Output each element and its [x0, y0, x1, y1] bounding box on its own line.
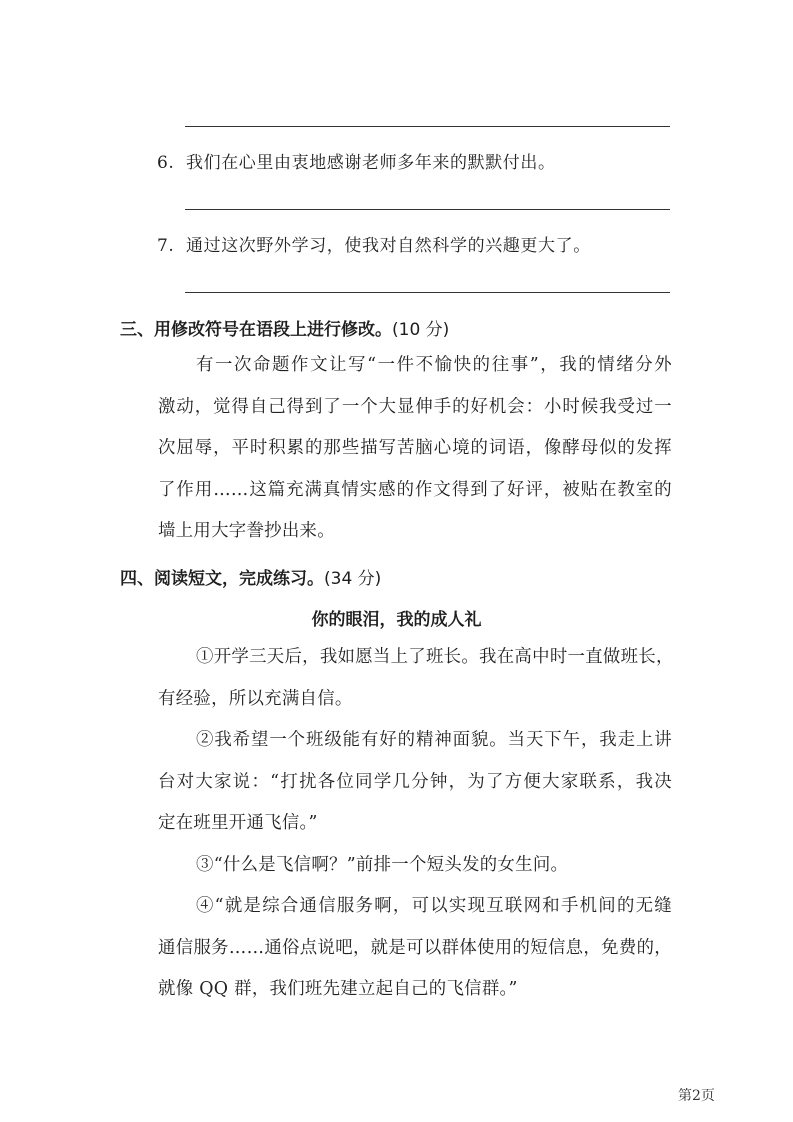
paragraph-line: 通信服务……通俗点说吧，就是可以群体使用的短信息，免费的，	[158, 928, 672, 970]
question-text: 我们在心里由衷地感谢老师多年来的默默付出。	[186, 153, 556, 173]
paragraph-line: 激动，觉得自己得到了一个大显伸手的好机会：小时候我受过一	[158, 387, 672, 429]
paragraph-line: 有经验，所以充满自信。	[158, 679, 672, 721]
question-number: 7.	[157, 236, 186, 256]
section-3-title: 三、用修改符号在语段上进行修改。	[120, 320, 392, 340]
paragraph-line: ③“什么是飞信啊？”前排一个短头发的女生问。	[158, 845, 672, 887]
answer-line-7[interactable]	[185, 292, 670, 293]
question-item-6: 6.我们在心里由衷地感谢老师多年来的默默付出。	[157, 148, 556, 173]
paragraph-line: 了作用……这篇充满真情实感的作文得到了好评，被贴在教室的	[158, 470, 672, 512]
question-item-7: 7.通过这次野外学习，使我对自然科学的兴趣更大了。	[157, 231, 591, 256]
paragraph-line: 次屈辱，平时积累的那些描写苦脑心境的词语，像酵母似的发挥	[158, 428, 672, 470]
paragraph-line: ②我希望一个班级能有好的精神面貌。当天下午，我走上讲	[158, 720, 672, 762]
section-4-heading: 四、阅读短文，完成练习。(34 分)	[120, 564, 381, 589]
paragraph-line: ①开学三天后，我如愿当上了班长。我在高中时一直做班长，	[158, 637, 672, 679]
paragraph-line: ④“就是综合通信服务啊，可以实现互联网和手机间的无缝	[158, 886, 672, 928]
answer-line-6[interactable]	[185, 209, 670, 210]
question-text: 通过这次野外学习，使我对自然科学的兴趣更大了。	[186, 236, 591, 256]
paragraph-line: 台对大家说：“打扰各位同学几分钟，为了方便大家联系，我决	[158, 762, 672, 804]
section-3-score: (10 分)	[392, 320, 449, 340]
paragraph-line: 有一次命题作文让写“一件不愉快的往事”，我的情绪分外	[158, 345, 672, 387]
paragraph-line: 定在班里开通飞信。”	[158, 803, 672, 845]
passage-paragraph-2: ②我希望一个班级能有好的精神面貌。当天下午，我走上讲 台对大家说：“打扰各位同学…	[158, 720, 672, 845]
paragraph-line: 就像 QQ 群，我们班先建立起自己的飞信群。”	[158, 969, 672, 1011]
section-4-title: 四、阅读短文，完成练习。	[120, 569, 324, 589]
passage-paragraph-4: ④“就是综合通信服务啊，可以实现互联网和手机间的无缝 通信服务……通俗点说吧，就…	[158, 886, 672, 1011]
section-4-score: (34 分)	[324, 569, 381, 589]
passage-paragraph-3: ③“什么是飞信啊？”前排一个短头发的女生问。	[158, 845, 672, 887]
page-number: 第2页	[678, 1085, 715, 1105]
section-3-paragraph: 有一次命题作文让写“一件不愉快的往事”，我的情绪分外 激动，觉得自己得到了一个大…	[158, 345, 672, 553]
section-3-heading: 三、用修改符号在语段上进行修改。(10 分)	[120, 315, 449, 340]
question-number: 6.	[157, 153, 186, 173]
passage-paragraph-1: ①开学三天后，我如愿当上了班长。我在高中时一直做班长， 有经验，所以充满自信。	[158, 637, 672, 720]
passage-title: 你的眼泪，我的成人礼	[0, 605, 793, 630]
paragraph-line: 墙上用大字誊抄出来。	[158, 511, 672, 553]
answer-line-5[interactable]	[185, 126, 670, 127]
